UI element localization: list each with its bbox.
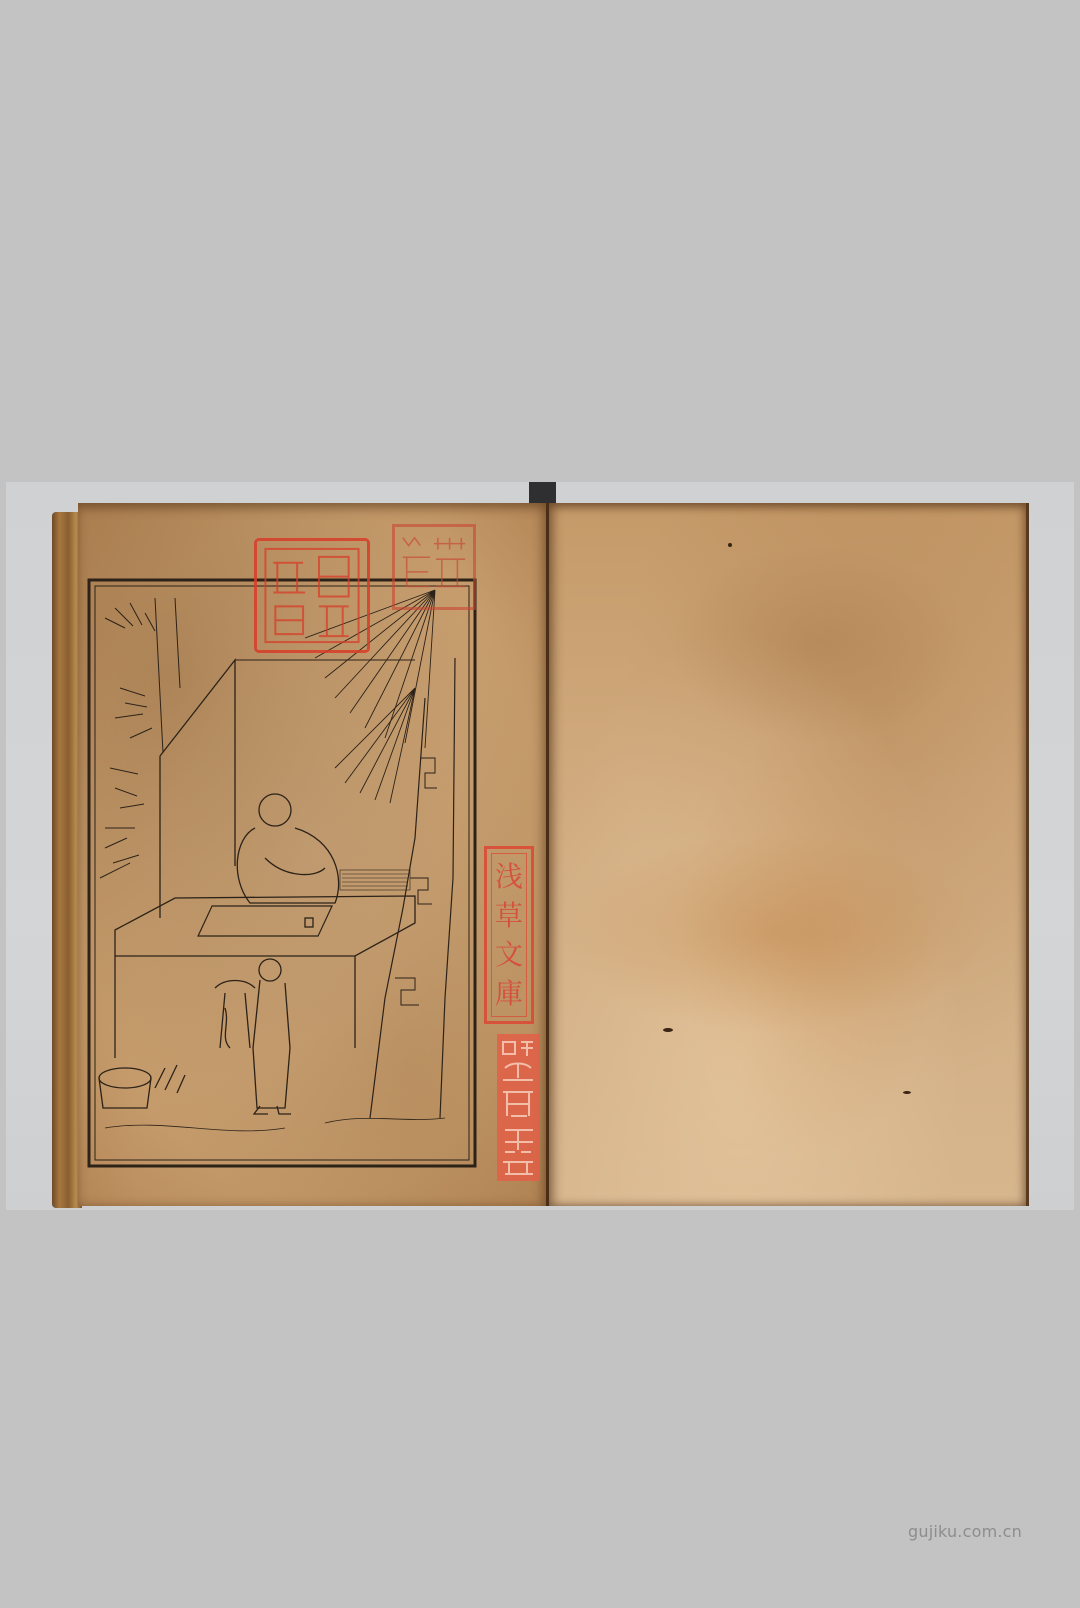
seal-char: 草	[495, 902, 523, 930]
collector-seal-square	[254, 538, 370, 653]
site-watermark: gujiku.com.cn	[908, 1522, 1022, 1541]
collector-seal-solid	[497, 1034, 540, 1181]
worm-hole	[728, 543, 732, 547]
woodblock-illustration	[85, 578, 480, 1170]
seal-char: 庫	[495, 980, 523, 1008]
seal-glyphs	[257, 541, 367, 650]
book-gutter	[546, 503, 549, 1206]
seal-char: 浅	[495, 863, 523, 891]
water-stain	[668, 543, 968, 743]
open-book: 浅 草 文 庫	[0, 0, 1080, 1608]
collector-seal-square-small	[392, 524, 476, 610]
illustration-art	[85, 578, 480, 1170]
seal-glyphs	[497, 1034, 540, 1181]
seal-char: 文	[495, 941, 523, 969]
right-page	[548, 503, 1029, 1206]
worm-hole	[903, 1091, 911, 1094]
worm-hole	[663, 1028, 673, 1032]
water-stain	[558, 833, 988, 1033]
seal-glyphs	[395, 527, 473, 607]
asakusa-bunko-seal: 浅 草 文 庫	[484, 846, 534, 1024]
